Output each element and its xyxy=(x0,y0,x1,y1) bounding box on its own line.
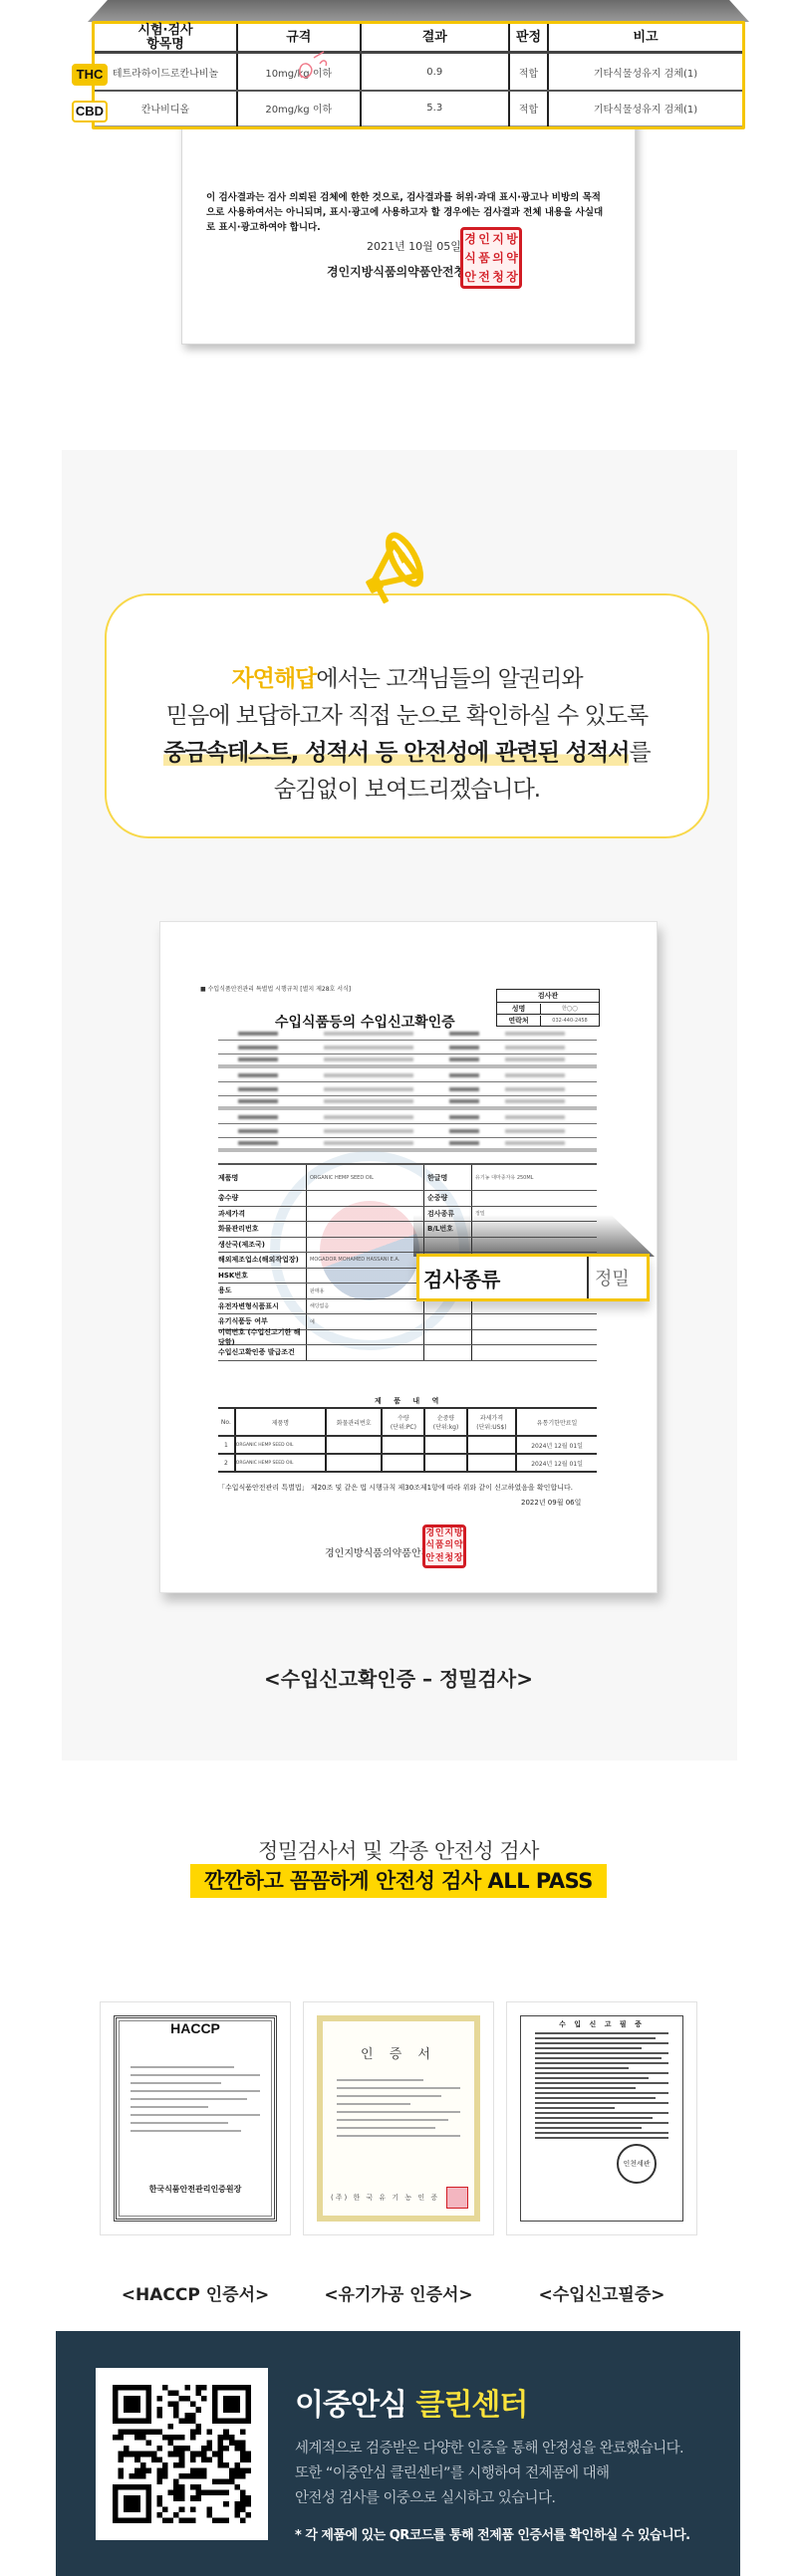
field-label: HSK번호 xyxy=(218,1271,306,1281)
item-name: 테트라하이드로칸나비놀 xyxy=(95,53,237,91)
seal-char: 의 xyxy=(444,1541,453,1550)
seal-char: 안 xyxy=(464,271,476,283)
seal-char: 품 xyxy=(478,252,490,264)
blurred-row xyxy=(218,1027,597,1041)
field-value xyxy=(471,1191,597,1206)
haccp-logo: HACCP xyxy=(117,2020,274,2036)
result: 5.3 xyxy=(361,91,510,126)
label: 연락처 xyxy=(497,1016,541,1026)
callout-value: 정밀 xyxy=(589,1265,647,1290)
field-value xyxy=(306,1269,423,1284)
blurred-applicant-rows xyxy=(218,1027,597,1152)
haccp-certificate-image: HACCP 한국식품안전관리인증원장 xyxy=(100,2001,291,2235)
blurred-row xyxy=(218,1082,597,1096)
seal-char: 청 xyxy=(492,271,504,283)
product-cell xyxy=(467,1436,517,1454)
official-seal-stamp: 경인지방식품의약안전청장 xyxy=(422,1524,466,1568)
confirm-text: 「수입식품안전관리 특별법」 제20조 및 같은 법 시행규칙 제30조제1항에… xyxy=(218,1481,577,1495)
field-label: 유기식품등 여부 xyxy=(218,1316,306,1326)
notice-line-1-text: 에서는 고객님들의 알권리와 xyxy=(316,666,582,692)
cbd-badge: CBD xyxy=(72,101,108,122)
field-value xyxy=(471,1314,597,1329)
verdict: 적합 xyxy=(509,53,548,91)
field-value xyxy=(471,1345,597,1360)
pen-signature-mark xyxy=(294,48,334,88)
certificate-field-row: 수입신고확인증 발급조건 xyxy=(218,1345,597,1361)
field-label: 화물관리번호 xyxy=(218,1224,306,1234)
field-value xyxy=(306,1207,423,1222)
field-value: 판매용 xyxy=(306,1284,423,1298)
product-cell: 2 xyxy=(218,1454,235,1472)
inspector-contact-row: 연락처032-440-2458 xyxy=(497,1014,599,1026)
organic-issuer: (주) 한 국 유 기 농 인 증 xyxy=(331,2193,439,2203)
inspector-name-row: 성명한◯◯ xyxy=(497,1002,599,1014)
field-value xyxy=(306,1345,423,1360)
product-column-header: 화물관리번호 xyxy=(326,1408,382,1436)
field-value xyxy=(306,1330,423,1345)
certificate-field-row: 총수량순중량 xyxy=(218,1191,597,1207)
inspector-box: 검사관 성명한◯◯ 연락처032-440-2458 xyxy=(496,989,600,1027)
verdict: 적합 xyxy=(509,91,548,126)
inspector-header: 검사관 xyxy=(497,990,599,1002)
certificate-field-row: 제품명ORGANIC HEMP SEED OIL한글명유기농 대마종자유 250… xyxy=(218,1163,597,1191)
blurred-row xyxy=(218,1054,597,1068)
product-cell: ORGANIC HEMP SEED OIL xyxy=(235,1454,326,1472)
product-cell xyxy=(424,1436,466,1454)
seal-char: 경 xyxy=(425,1529,434,1538)
table-row: 칸나비디올 20mg/kg 이하 5.3 적합 기타식물성유지 검체(1) xyxy=(95,91,742,126)
product-column-header: 제품명 xyxy=(235,1408,326,1436)
product-cell: 1 xyxy=(218,1436,235,1454)
notice-message: 자연해답에서는 고객님들의 알권리와 믿음에 보답하고자 직접 눈으로 확인하실… xyxy=(105,661,709,809)
field-label: 총수량 xyxy=(218,1193,306,1203)
seal-char: 인 xyxy=(435,1529,444,1538)
report-issuer: 경인지방식품의약품안전청장 xyxy=(327,263,477,280)
product-cell: 2024년 12월 01일 xyxy=(516,1454,597,1472)
table-row: 테트라하이드로칸나비놀 10mg/kg 이하 0.9 적합 기타식물성유지 검체… xyxy=(95,53,742,91)
blurred-row xyxy=(218,1068,597,1082)
header-note: 비고 xyxy=(548,24,742,53)
qr-code-pattern xyxy=(113,2385,251,2523)
seal-stamp-icon xyxy=(446,2187,468,2209)
note: 기타식물성유지 검체(1) xyxy=(548,91,742,126)
product-column-header: 과세가격 (단위:US$) xyxy=(467,1408,517,1436)
seal-char: 방 xyxy=(454,1529,463,1538)
header-result: 결과 xyxy=(361,24,510,53)
clean-center-description: 세계적으로 검증받은 다양한 인증을 통해 안정성을 완료했습니다. 또한 “이… xyxy=(295,2437,683,2511)
field-value xyxy=(471,1330,597,1345)
product-column-header: 수량 (단위:PC) xyxy=(382,1408,424,1436)
seal-char: 의 xyxy=(492,252,504,264)
field-label: 수입신고확인증 발급조건 xyxy=(218,1347,306,1357)
description-line: 안전성 검사를 이중으로 실시하고 있습니다. xyxy=(295,2486,683,2511)
seal-char: 식 xyxy=(425,1541,434,1550)
seal-char: 장 xyxy=(506,271,518,283)
seal-char: 지 xyxy=(444,1529,453,1538)
result: 0.9 xyxy=(361,53,510,91)
seal-char: 품 xyxy=(435,1541,444,1550)
product-cell xyxy=(326,1454,382,1472)
field-value: ORGANIC HEMP SEED OIL xyxy=(306,1165,423,1190)
certificate-border: 인 증 서 (주) 한 국 유 기 농 인 증 xyxy=(317,2015,480,2222)
seal-char: 인 xyxy=(478,233,490,245)
official-seal-stamp: 경인지방식품의약안전청장 xyxy=(460,227,522,289)
field-value xyxy=(306,1238,423,1253)
customs-stamp-icon: 인천세관 xyxy=(617,2144,657,2184)
product-cell xyxy=(424,1454,466,1472)
import-declaration-image: 수 입 신 고 필 증 인천세관 xyxy=(506,2001,697,2235)
seal-char: 약 xyxy=(506,252,518,264)
megaphone-icon xyxy=(354,530,433,609)
field-value xyxy=(306,1222,423,1237)
product-table: No.제품명화물관리번호수량 (단위:PC)순중량 (단위:kg)과세가격 (단… xyxy=(218,1407,597,1473)
pass-title: 깐깐하고 꼼꼼하게 안전성 검사 ALL PASS xyxy=(190,1864,607,1898)
pass-subtitle: 정밀검사서 및 각종 안전성 검사 xyxy=(0,1835,797,1865)
item-name: 칸나비디올 xyxy=(95,91,237,126)
header-item: 시험·검사 항목명 xyxy=(95,24,237,53)
seal-char: 식 xyxy=(464,252,476,264)
haccp-label: <HACCP 인증서> xyxy=(100,2280,291,2305)
qr-note: * 각 제품에 있는 QR코드를 통해 전제품 인증서를 확인하실 수 있습니다… xyxy=(295,2524,690,2543)
notice-line-2: 믿음에 보답하고자 직접 눈으로 확인하실 수 있도록 xyxy=(105,698,709,735)
product-section-title: 제 품 내 역 xyxy=(375,1396,443,1406)
blurred-row xyxy=(218,1041,597,1054)
report-date: 2021년 10월 05일 xyxy=(367,238,461,254)
blurred-row xyxy=(218,1124,597,1138)
field-label xyxy=(423,1330,471,1345)
product-cell: ORGANIC HEMP SEED OIL xyxy=(235,1436,326,1454)
field-label: 해외제조업소(해외작업장) xyxy=(218,1255,306,1265)
field-label: 생산국(제조국) xyxy=(218,1240,306,1250)
table-row: 1ORGANIC HEMP SEED OIL2024년 12월 01일 xyxy=(218,1436,597,1454)
field-label: 한글명 xyxy=(423,1165,471,1190)
product-cell xyxy=(467,1454,517,1472)
seal-char: 안 xyxy=(425,1554,434,1563)
certificate-border: 수 입 신 고 필 증 인천세관 xyxy=(520,2015,683,2222)
header-verdict: 판정 xyxy=(509,24,548,53)
product-cell xyxy=(326,1436,382,1454)
certificate-text-lines xyxy=(337,2079,460,2143)
import-declaration-label: <수입신고필증> xyxy=(506,2280,697,2305)
value: 032-440-2458 xyxy=(541,1018,599,1024)
certificate-text-lines xyxy=(131,2066,260,2138)
description-line: 세계적으로 검증받은 다양한 인증을 통해 안정성을 완료했습니다. xyxy=(295,2437,683,2461)
seal-char: 경 xyxy=(464,233,476,245)
organic-label: <유기가공 인증서> xyxy=(303,2280,494,2305)
certificate-field-row: 이력번호 (수입신고기한 해당함) xyxy=(218,1330,597,1346)
blurred-row xyxy=(218,1096,597,1110)
title-white: 이중안심 xyxy=(295,2388,406,2423)
field-value: 유기농 대마종자유 250ML xyxy=(471,1165,597,1190)
product-header-row: No.제품명화물관리번호수량 (단위:PC)순중량 (단위:kg)과세가격 (단… xyxy=(218,1408,597,1436)
table-header-row: 시험·검사 항목명 규격 결과 판정 비고 xyxy=(95,24,742,53)
field-value: MOGADOR MOHAMED HASSANI E.A. xyxy=(306,1253,423,1268)
seal-char: 청 xyxy=(444,1554,453,1563)
blurred-row xyxy=(218,1138,597,1152)
notice-line-4: 숨김없이 보여드리겠습니다. xyxy=(105,772,709,809)
seal-char: 전 xyxy=(478,271,490,283)
import-declaration-heading: 수 입 신 고 필 증 xyxy=(521,2019,682,2029)
value: 한◯◯ xyxy=(541,1005,599,1012)
thc-badge: THC xyxy=(72,64,108,86)
form-caption: ■ 수입식품안전관리 특별법 시행규칙 [별지 제28호 서식] xyxy=(200,984,351,993)
product-cell xyxy=(382,1436,424,1454)
label: 성명 xyxy=(497,1004,541,1014)
organic-cert-heading: 인 증 서 xyxy=(323,2043,474,2062)
field-label: 순중량 xyxy=(423,1191,471,1206)
notice-line-3: 중금속테스트, 성적서 등 안전성에 관련된 성적서를 xyxy=(105,735,709,772)
organic-certificate-image: 인 증 서 (주) 한 국 유 기 농 인 증 xyxy=(303,2001,494,2235)
import-date: 2022년 09월 06일 xyxy=(521,1498,581,1508)
field-label: 이력번호 (수입신고기한 해당함) xyxy=(218,1327,306,1347)
seal-char: 지 xyxy=(492,233,504,245)
title-yellow: 클린센터 xyxy=(415,2388,527,2423)
haccp-issuer: 한국식품안전관리인증원장 xyxy=(117,2184,274,2195)
clean-center-title: 이중안심 클린센터 xyxy=(295,2380,527,2424)
seal-char: 전 xyxy=(435,1554,444,1563)
inspection-type-callout: 검사종류 정밀 xyxy=(416,1254,650,1301)
product-cell xyxy=(382,1454,424,1472)
field-value xyxy=(306,1191,423,1206)
notice-line-3-text: 를 xyxy=(629,740,650,766)
note: 기타식물성유지 검체(1) xyxy=(548,53,742,91)
product-cell: 2024년 12월 01일 xyxy=(516,1436,597,1454)
field-label: 용도 xyxy=(218,1286,306,1295)
test-result-table-zoom: 시험·검사 항목명 규격 결과 판정 비고 테트라하이드로칸나비놀 10mg/k… xyxy=(92,21,745,129)
notice-line-1: 자연해답에서는 고객님들의 알권리와 xyxy=(105,661,709,698)
zoom-shadow xyxy=(88,0,749,22)
field-label xyxy=(423,1345,471,1360)
field-label: 과세가격 xyxy=(218,1209,306,1219)
description-line: 또한 “이중안심 클린센터”를 시행하여 전제품에 대해 xyxy=(295,2461,683,2486)
import-certificate-caption: <수입신고확인증 – 정밀검사> xyxy=(0,1663,797,1692)
product-column-header: 순중량 (단위:kg) xyxy=(424,1408,466,1436)
field-label: 유전자변형식품표시 xyxy=(218,1301,306,1311)
seal-char: 방 xyxy=(506,233,518,245)
spec: 20mg/kg 이하 xyxy=(237,91,361,126)
seal-char: 장 xyxy=(454,1554,463,1563)
report-notice-text: 이 검사결과는 검사 의뢰된 검체에 한한 것으로, 검사결과를 허위·과대 표… xyxy=(206,190,605,235)
product-column-header: No. xyxy=(218,1408,235,1436)
product-column-header: 유통기한만료일 xyxy=(516,1408,597,1436)
field-value: 예 xyxy=(306,1314,423,1329)
blurred-row xyxy=(218,1110,597,1124)
brand-name: 자연해답 xyxy=(231,666,316,692)
field-label: 제품명 xyxy=(218,1173,306,1183)
certificate-border: HACCP 한국식품안전관리인증원장 xyxy=(114,2015,277,2222)
callout-label: 검사종류 xyxy=(419,1257,589,1298)
seal-char: 약 xyxy=(454,1541,463,1550)
qr-code-icon[interactable] xyxy=(96,2368,268,2540)
field-label xyxy=(423,1314,471,1329)
field-value: 해당없음 xyxy=(306,1299,423,1314)
notice-highlight: 중금속테스트, 성적서 등 안전성에 관련된 성적서 xyxy=(163,740,629,766)
certificate-text-lines xyxy=(535,2032,668,2142)
table-row: 2ORGANIC HEMP SEED OIL2024년 12월 01일 xyxy=(218,1454,597,1472)
